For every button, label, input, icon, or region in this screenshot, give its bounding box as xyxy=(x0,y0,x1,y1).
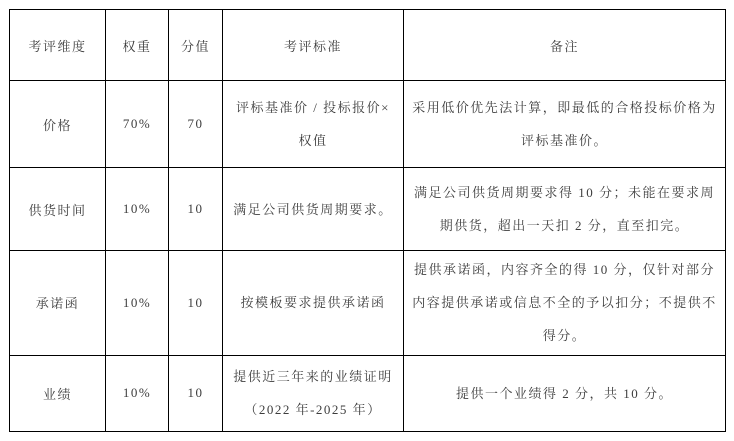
remark-cell: 满足公司供货周期要求得 10 分；未能在要求周 期供货，超出一天扣 2 分，直至… xyxy=(404,168,726,250)
header-criteria: 考评标准 xyxy=(223,10,404,81)
weight-cell: 10% xyxy=(106,250,169,355)
table-row-performance: 业绩 10% 10 提供近三年来的业绩证明 （2022 年-2025 年） 提供… xyxy=(10,355,726,431)
header-score: 分值 xyxy=(169,10,223,81)
score-cell: 10 xyxy=(169,168,223,250)
criteria-line: 权值 xyxy=(228,124,398,157)
remark-line: 满足公司供货周期要求得 10 分；未能在要求周 xyxy=(409,176,720,209)
score-cell: 10 xyxy=(169,250,223,355)
remark-cell: 采用低价优先法计算，即最低的合格投标价格为 评标基准价。 xyxy=(404,81,726,168)
score-cell: 70 xyxy=(169,81,223,168)
criteria-line: （2022 年-2025 年） xyxy=(228,393,398,426)
document-page: 考评维度 权重 分值 考评标准 备注 价格 70% 70 评标基准价 / 投标报… xyxy=(0,0,734,441)
criteria-cell: 按模板要求提供承诺函 xyxy=(223,250,404,355)
criteria-cell: 评标基准价 / 投标报价× 权值 xyxy=(223,81,404,168)
remark-line: 评标基准价。 xyxy=(409,124,720,157)
table-row-delivery-time: 供货时间 10% 10 满足公司供货周期要求。 满足公司供货周期要求得 10 分… xyxy=(10,168,726,250)
criteria-cell: 满足公司供货周期要求。 xyxy=(223,168,404,250)
header-row: 考评维度 权重 分值 考评标准 备注 xyxy=(10,10,726,81)
header-dimension: 考评维度 xyxy=(10,10,106,81)
dimension-cell: 价格 xyxy=(10,81,106,168)
evaluation-table: 考评维度 权重 分值 考评标准 备注 价格 70% 70 评标基准价 / 投标报… xyxy=(9,9,726,432)
header-weight: 权重 xyxy=(106,10,169,81)
remark-line: 内容提供承诺或信息不全的予以扣分；不提供不 xyxy=(409,286,720,319)
weight-cell: 10% xyxy=(106,168,169,250)
criteria-cell: 提供近三年来的业绩证明 （2022 年-2025 年） xyxy=(223,355,404,431)
remark-line: 期供货，超出一天扣 2 分，直至扣完。 xyxy=(409,209,720,242)
criteria-line: 提供近三年来的业绩证明 xyxy=(228,360,398,393)
weight-cell: 70% xyxy=(106,81,169,168)
table-row-price: 价格 70% 70 评标基准价 / 投标报价× 权值 采用低价优先法计算，即最低… xyxy=(10,81,726,168)
criteria-line: 满足公司供货周期要求。 xyxy=(228,193,398,226)
remark-line: 提供一个业绩得 2 分，共 10 分。 xyxy=(409,377,720,410)
remark-cell: 提供承诺函，内容齐全的得 10 分，仅针对部分 内容提供承诺或信息不全的予以扣分… xyxy=(404,250,726,355)
criteria-line: 评标基准价 / 投标报价× xyxy=(228,91,398,124)
remark-line: 得分。 xyxy=(409,319,720,352)
weight-cell: 10% xyxy=(106,355,169,431)
dimension-cell: 供货时间 xyxy=(10,168,106,250)
remark-line: 采用低价优先法计算，即最低的合格投标价格为 xyxy=(409,91,720,124)
criteria-line: 按模板要求提供承诺函 xyxy=(228,286,398,319)
table-row-commitment-letter: 承诺函 10% 10 按模板要求提供承诺函 提供承诺函，内容齐全的得 10 分，… xyxy=(10,250,726,355)
remark-line: 提供承诺函，内容齐全的得 10 分，仅针对部分 xyxy=(409,253,720,286)
header-remark: 备注 xyxy=(404,10,726,81)
dimension-cell: 承诺函 xyxy=(10,250,106,355)
score-cell: 10 xyxy=(169,355,223,431)
remark-cell: 提供一个业绩得 2 分，共 10 分。 xyxy=(404,355,726,431)
dimension-cell: 业绩 xyxy=(10,355,106,431)
